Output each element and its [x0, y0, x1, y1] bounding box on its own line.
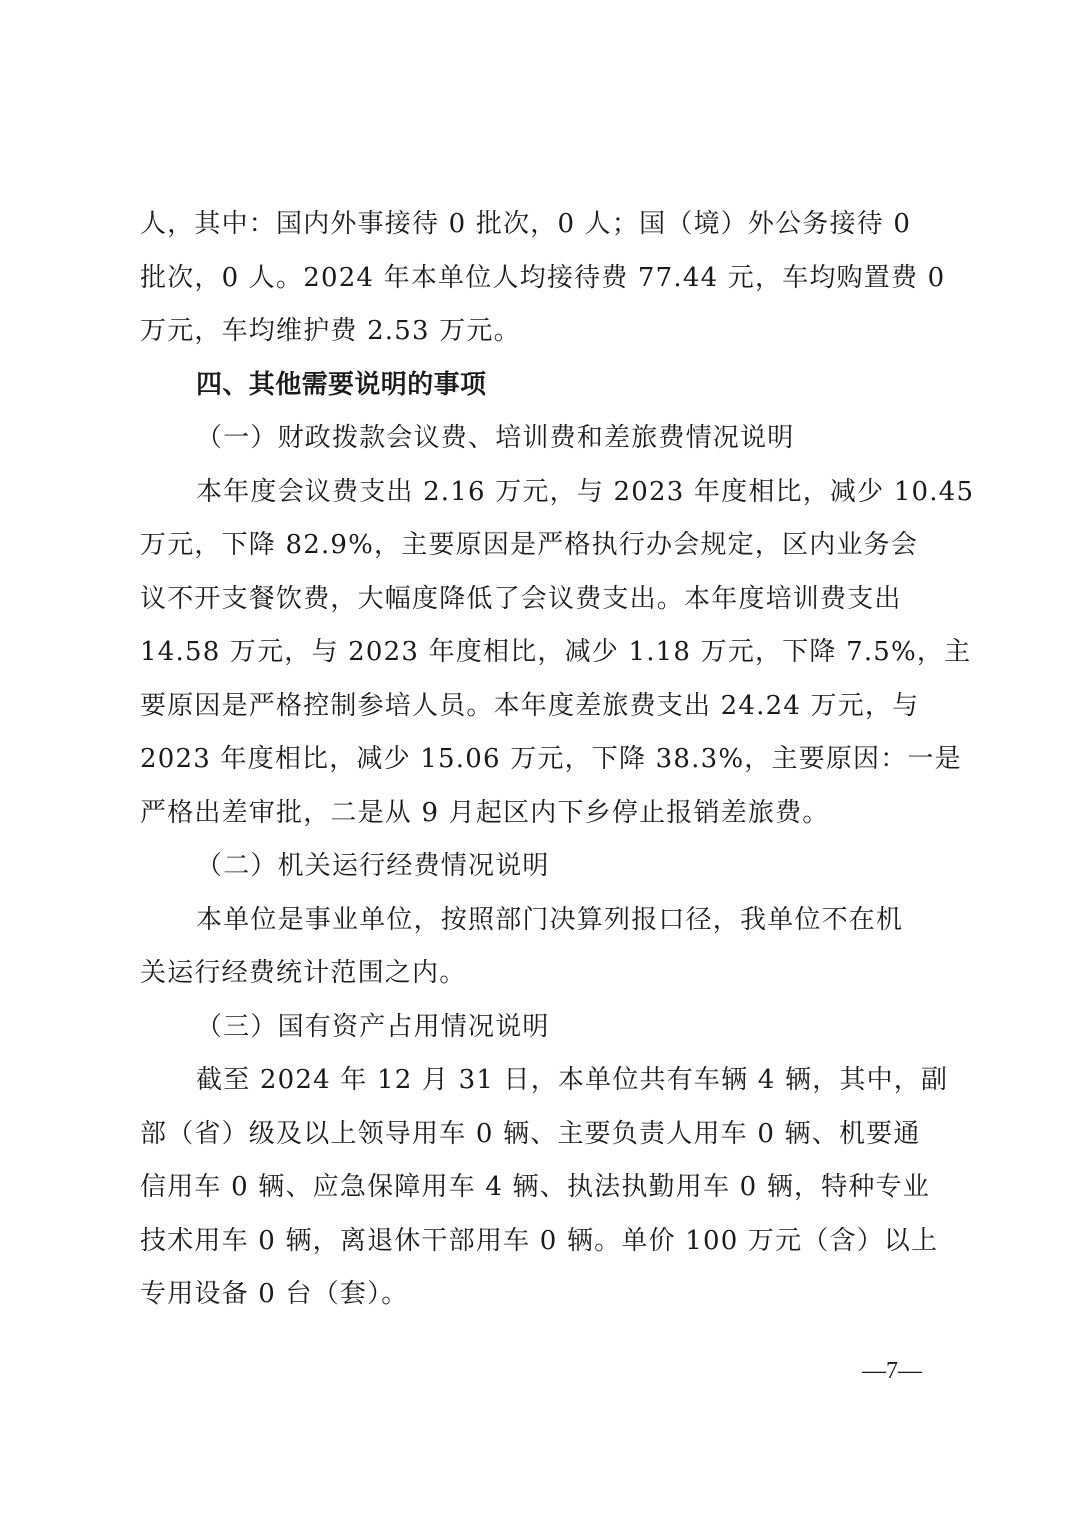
paragraph-line: 14.58 万元，与 2023 年度相比，减少 1.18 万元，下降 7.5%，…	[140, 635, 940, 669]
subsection-title: （二）机关运行经费情况说明	[196, 849, 996, 883]
paragraph-line: 万元，下降 82.9%，主要原因是严格执行办会规定，区内业务会	[140, 528, 940, 562]
paragraph-line: 2023 年度相比，减少 15.06 万元，下降 38.3%，主要原因：一是	[140, 742, 940, 776]
page-number: —7—	[862, 1356, 922, 1386]
section-heading: 四、其他需要说明的事项	[196, 368, 940, 402]
paragraph-line: 万元，车均维护费 2.53 万元。	[140, 314, 940, 348]
paragraph-line: 专用设备 0 台（套）。	[140, 1277, 940, 1311]
subsection-title: （一）财政拨款会议费、培训费和差旅费情况说明	[196, 421, 996, 455]
paragraph-line: 严格出差审批，二是从 9 月起区内下乡停止报销差旅费。	[140, 796, 940, 830]
paragraph-line: 议不开支餐饮费，大幅度降低了会议费支出。本年度培训费支出	[140, 582, 940, 616]
paragraph-line: 本单位是事业单位，按照部门决算列报口径，我单位不在机	[196, 903, 940, 937]
paragraph-line: 部（省）级及以上领导用车 0 辆、主要负责人用车 0 辆、机要通	[140, 1117, 940, 1151]
paragraph-line: 技术用车 0 辆，离退休干部用车 0 辆。单价 100 万元（含）以上	[140, 1224, 940, 1258]
document-page: 人，其中：国内外事接待 0 批次，0 人；国（境）外公务接待 0 批次，0 人。…	[0, 0, 1075, 1520]
paragraph-line: 截至 2024 年 12 月 31 日，本单位共有车辆 4 辆，其中，副	[196, 1063, 940, 1097]
subsection-title: （三）国有资产占用情况说明	[196, 1010, 996, 1044]
paragraph-line: 信用车 0 辆、应急保障用车 4 辆、执法执勤用车 0 辆，特种专业	[140, 1170, 940, 1204]
paragraph-line: 本年度会议费支出 2.16 万元，与 2023 年度相比，减少 10.45	[196, 475, 940, 509]
paragraph-line: 要原因是严格控制参培人员。本年度差旅费支出 24.24 万元，与	[140, 689, 940, 723]
paragraph-line: 人，其中：国内外事接待 0 批次，0 人；国（境）外公务接待 0	[140, 207, 940, 241]
paragraph-line: 批次，0 人。2024 年本单位人均接待费 77.44 元，车均购置费 0	[140, 261, 940, 295]
paragraph-line: 关运行经费统计范围之内。	[140, 956, 940, 990]
